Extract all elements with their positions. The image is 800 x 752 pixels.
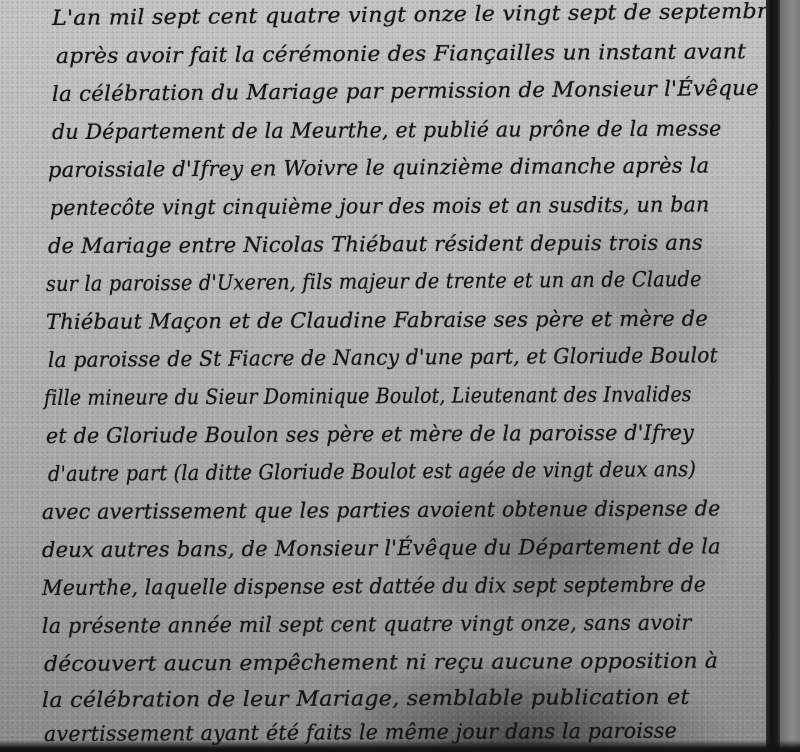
text-line: fille mineure du Sieur Dominique Boulot,… [44, 382, 692, 410]
text-line: deux autres bans, de Monsieur l'Évêque d… [42, 534, 721, 562]
text-line: après avoir fait la cérémonie des Fiança… [56, 39, 746, 68]
text-line: de Mariage entre Nicolas Thiébaut réside… [48, 231, 703, 258]
text-line: la paroisse de St Fiacre de Nancy d'une … [48, 343, 718, 372]
handwritten-text-block: L'an mil sept cent quatre vingt onze le … [0, 0, 760, 752]
adjacent-page-edge [780, 0, 800, 752]
binding-gutter [766, 0, 780, 752]
text-line: sur la paroisse d'Uxeren, fils majeur de… [46, 267, 702, 296]
document-scan: L'an mil sept cent quatre vingt onze le … [0, 0, 800, 752]
bottom-page-edge [0, 740, 800, 752]
text-line: Meurthe, laquelle dispense est dattée du… [42, 572, 706, 600]
text-line: du Département de la Meurthe, et publié … [52, 116, 722, 144]
text-line: L'an mil sept cent quatre vingt onze le … [52, 0, 781, 30]
text-line: la célébration du Mariage par permission… [52, 76, 759, 106]
text-line: d'autre part (la ditte Gloriude Boulot e… [48, 457, 696, 486]
text-line: paroissiale d'Ifrey en Woivre le quinziè… [48, 153, 709, 182]
text-line: avec avertissement que les parties avoie… [42, 496, 721, 524]
text-line: Thiébaut Maçon et de Claudine Fabraise s… [46, 307, 708, 334]
text-line: la présente année mil sept cent quatre v… [42, 611, 692, 638]
text-line: la célébration de leur Mariage, semblabl… [42, 685, 690, 712]
text-line: et de Gloriude Boulon ses père et mère d… [46, 421, 694, 448]
text-line: pentecôte vingt cinquième jour des mois … [50, 192, 710, 220]
text-line: découvert aucun empêchement ni reçu aucu… [44, 649, 718, 676]
